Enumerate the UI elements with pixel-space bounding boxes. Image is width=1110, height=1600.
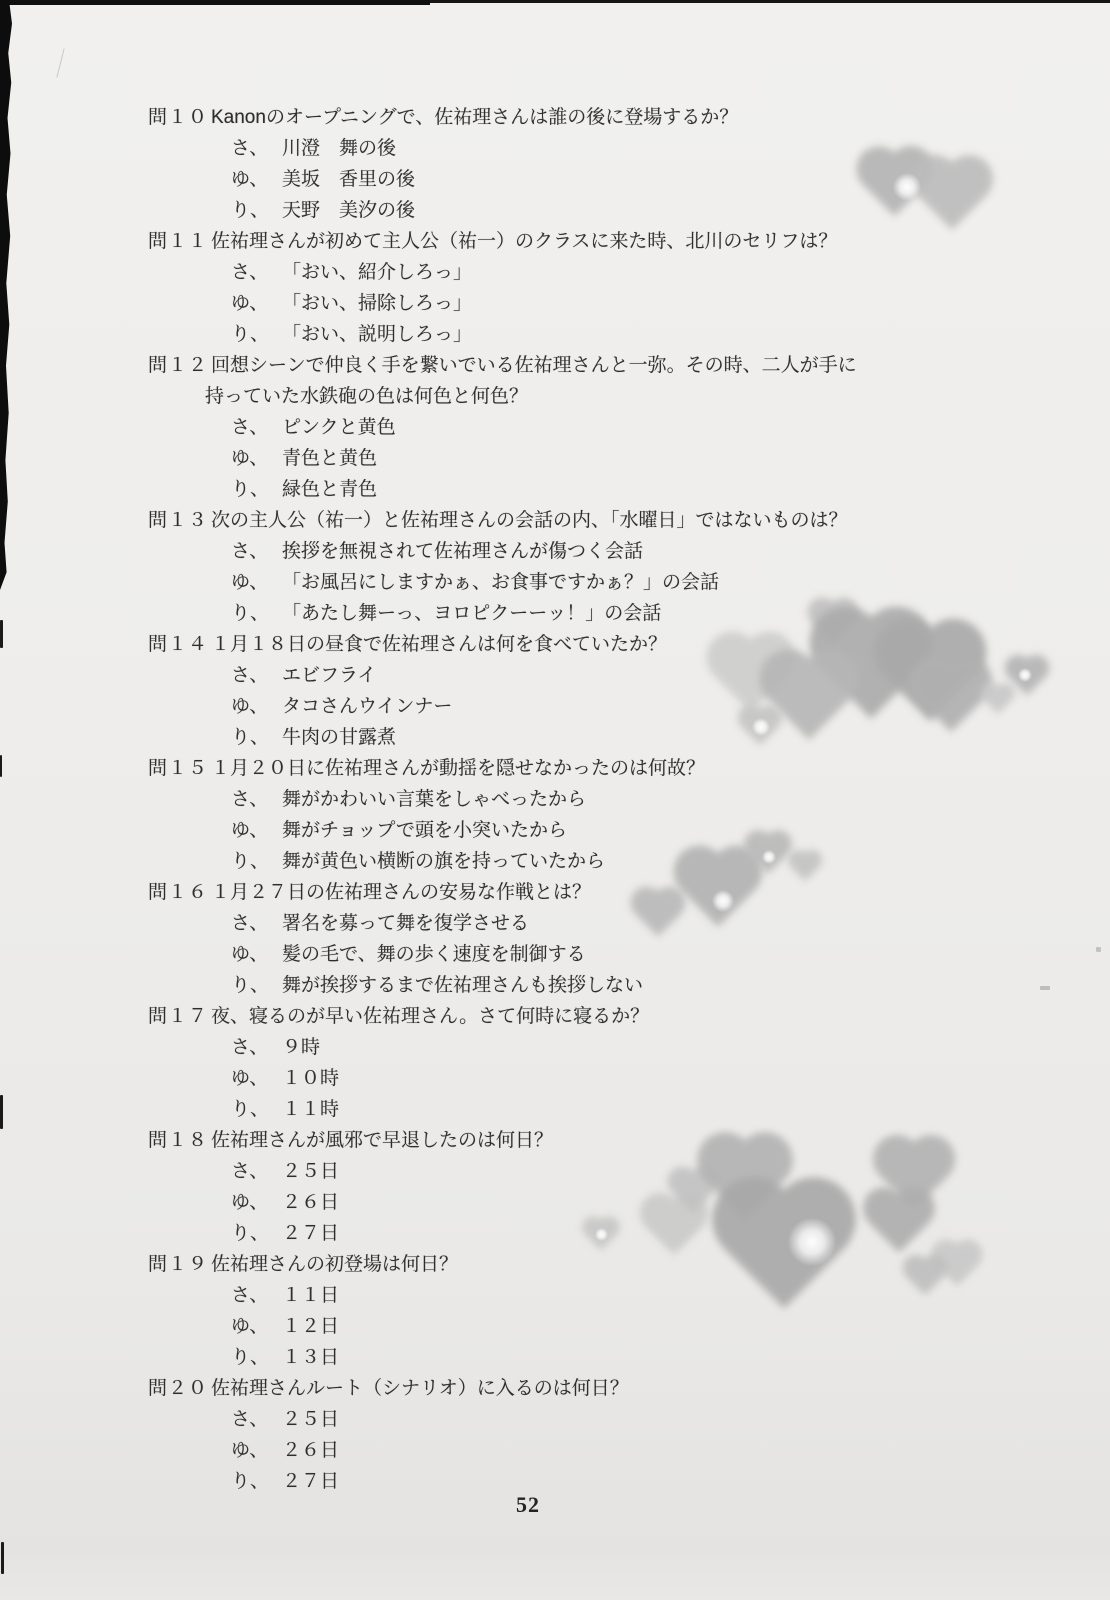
- option-letter: り、: [231, 1347, 282, 1368]
- option-text: 舞がかわいい言葉をしゃべったから: [282, 789, 586, 810]
- answer-option: さ、署名を募って舞を復学させる: [231, 913, 978, 934]
- option-text: ２６日: [282, 1440, 339, 1461]
- answer-option: さ、２５日: [231, 1161, 978, 1182]
- option-text: 「あたし舞ーっ、ヨロピクーーッ！」の会話: [282, 603, 661, 624]
- scan-speck: [1, 1542, 4, 1574]
- option-letter: ゆ、: [231, 448, 282, 469]
- option-letter: り、: [231, 324, 282, 345]
- scan-speck: [0, 755, 2, 777]
- option-letter: り、: [231, 200, 282, 221]
- option-text: ２５日: [282, 1409, 339, 1430]
- answer-option: り、舞が黄色い横断の旗を持っていたから: [231, 851, 978, 872]
- question-block-12: 問１２回想シーンで仲良く手を繋いでいる佐祐理さんと一弥。その時、二人が手に 持っ…: [148, 355, 978, 500]
- option-letter: ゆ、: [231, 169, 282, 190]
- scan-speck: [1040, 986, 1050, 990]
- option-letter: り、: [231, 727, 282, 748]
- answer-option: り、１３日: [231, 1347, 978, 1368]
- option-letter: ゆ、: [231, 1192, 282, 1213]
- question-block-16: 問１６１月２７日の佐祐理さんの安易な作戦とは？ さ、署名を募って舞を復学させる …: [148, 882, 978, 996]
- option-text: 署名を募って舞を復学させる: [282, 913, 529, 934]
- answer-option: ゆ、舞がチョップで頭を小突いたから: [231, 820, 978, 841]
- option-letter: ゆ、: [231, 696, 282, 717]
- option-text: 挨拶を無視されて佐祐理さんが傷つく会話: [282, 541, 643, 562]
- question-text: １月１８日の昼食で佐祐理さんは何を食べていたか？: [211, 634, 667, 655]
- quiz-content: 問１０Kanonのオープニングで、佐祐理さんは誰の後に登場するか？ さ、川澄 舞…: [148, 107, 978, 1502]
- option-text: ２６日: [282, 1192, 339, 1213]
- question-block-15: 問１５１月２０日に佐祐理さんが動揺を隠せなかったのは何故？ さ、舞がかわいい言葉…: [148, 758, 978, 872]
- answer-option: さ、９時: [231, 1037, 978, 1058]
- answer-option: さ、「おい、紹介しろっ」: [231, 262, 978, 283]
- question-block-18: 問１８佐祐理さんが風邪で早退したのは何日？ さ、２５日 ゆ、２６日 り、２７日: [148, 1130, 978, 1244]
- option-text: 川澄 舞の後: [282, 138, 396, 159]
- option-letter: り、: [231, 1223, 282, 1244]
- question-text: 佐祐理さんルート（シナリオ）に入るのは何日？: [211, 1378, 629, 1399]
- question-number: 問１５: [148, 758, 211, 779]
- answer-option: さ、１１日: [231, 1285, 978, 1306]
- option-text: 天野 美汐の後: [282, 200, 415, 221]
- question-number: 問１０: [148, 107, 211, 128]
- answer-option: ゆ、１０時: [231, 1068, 978, 1089]
- option-letter: さ、: [231, 1161, 282, 1182]
- question-text: １月２７日の佐祐理さんの安易な作戦とは？: [211, 882, 591, 903]
- question-text: 夜、寝るのが早い佐祐理さん。さて何時に寝るか？: [211, 1006, 649, 1027]
- answer-option: ゆ、青色と黄色: [231, 448, 978, 469]
- scan-edge-left: [0, 0, 15, 590]
- answer-option: り、緑色と青色: [231, 479, 978, 500]
- option-text: 美坂 香里の後: [282, 169, 415, 190]
- answer-option: ゆ、２６日: [231, 1192, 978, 1213]
- option-text: タコさんウインナー: [282, 696, 452, 717]
- answer-option: ゆ、１２日: [231, 1316, 978, 1337]
- option-letter: さ、: [231, 541, 282, 562]
- answer-option: ゆ、髪の毛で、舞の歩く速度を制御する: [231, 944, 978, 965]
- option-letter: さ、: [231, 1409, 282, 1430]
- answer-option: り、２７日: [231, 1471, 978, 1492]
- scan-speck: [0, 620, 3, 648]
- option-text: 舞が黄色い横断の旗を持っていたから: [282, 851, 605, 872]
- option-letter: ゆ、: [231, 820, 282, 841]
- question-text: 佐祐理さんが風邪で早退したのは何日？: [211, 1130, 553, 1151]
- option-letter: り、: [231, 1471, 282, 1492]
- option-letter: さ、: [231, 913, 282, 934]
- option-letter: り、: [231, 479, 282, 500]
- question-number: 問１９: [148, 1254, 211, 1275]
- answer-option: り、１１時: [231, 1099, 978, 1120]
- option-text: ピンクと黄色: [282, 417, 396, 438]
- answer-option: ゆ、２６日: [231, 1440, 978, 1461]
- question-number: 問１８: [148, 1130, 211, 1151]
- option-letter: さ、: [231, 262, 282, 283]
- question-text-continued: 持っていた水鉄砲の色は何色と何色？: [205, 386, 528, 407]
- option-letter: り、: [231, 975, 282, 996]
- scan-speck: [1096, 947, 1101, 952]
- option-text: 牛肉の甘露煮: [282, 727, 396, 748]
- question-text: 回想シーンで仲良く手を繋いでいる佐祐理さんと一弥。その時、二人が手に: [211, 355, 857, 376]
- option-text: １１日: [282, 1285, 339, 1306]
- question-number: 問１６: [148, 882, 211, 903]
- option-letter: ゆ、: [231, 1068, 282, 1089]
- option-letter: り、: [231, 1099, 282, 1120]
- option-text: エビフライ: [282, 665, 376, 686]
- scan-speck: [0, 1095, 3, 1129]
- question-text: 佐祐理さんが初めて主人公（祐一）のクラスに来た時、北川のセリフは？: [211, 231, 837, 252]
- answer-option: さ、川澄 舞の後: [231, 138, 978, 159]
- option-text: 「お風呂にしますかぁ、お食事ですかぁ？」の会話: [282, 572, 719, 593]
- question-block-13: 問１３次の主人公（祐一）と佐祐理さんの会話の内、「水曜日」ではないものは？ さ、…: [148, 510, 978, 624]
- option-letter: さ、: [231, 789, 282, 810]
- option-text: ９時: [282, 1037, 320, 1058]
- option-letter: さ、: [231, 1037, 282, 1058]
- option-text: ２５日: [282, 1161, 339, 1182]
- answer-option: さ、ピンクと黄色: [231, 417, 978, 438]
- option-letter: ゆ、: [231, 1440, 282, 1461]
- question-block-11: 問１１佐祐理さんが初めて主人公（祐一）のクラスに来た時、北川のセリフは？ さ、「…: [148, 231, 978, 345]
- option-letter: さ、: [231, 665, 282, 686]
- option-text: ２７日: [282, 1223, 339, 1244]
- option-letter: ゆ、: [231, 1316, 282, 1337]
- option-text: 緑色と青色: [282, 479, 377, 500]
- question-number: 問１２: [148, 355, 211, 376]
- question-block-20: 問２０佐祐理さんルート（シナリオ）に入るのは何日？ さ、２５日 ゆ、２６日 り、…: [148, 1378, 978, 1492]
- question-text: 次の主人公（祐一）と佐祐理さんの会話の内、「水曜日」ではないものは？: [211, 510, 848, 531]
- answer-option: り、牛肉の甘露煮: [231, 727, 978, 748]
- question-block-14: 問１４１月１８日の昼食で佐祐理さんは何を食べていたか？ さ、エビフライ ゆ、タコ…: [148, 634, 978, 748]
- scan-scratch: [56, 48, 64, 77]
- option-letter: り、: [231, 851, 282, 872]
- option-letter: ゆ、: [231, 944, 282, 965]
- heart-icon: [984, 686, 1012, 714]
- option-letter: ゆ、: [231, 293, 282, 314]
- question-text: １月２０日に佐祐理さんが動揺を隠せなかったのは何故？: [211, 758, 705, 779]
- answer-option: さ、舞がかわいい言葉をしゃべったから: [231, 789, 978, 810]
- option-text: １２日: [282, 1316, 339, 1337]
- option-text: 舞が挨拶するまで佐祐理さんも挨拶しない: [282, 975, 643, 996]
- option-text: ２７日: [282, 1471, 339, 1492]
- question-number: 問１３: [148, 510, 211, 531]
- option-letter: さ、: [231, 138, 282, 159]
- option-text: 舞がチョップで頭を小突いたから: [282, 820, 567, 841]
- option-text: 「おい、説明しろっ」: [282, 324, 472, 345]
- option-letter: り、: [231, 603, 282, 624]
- question-number: 問１７: [148, 1006, 211, 1027]
- answer-option: り、２７日: [231, 1223, 978, 1244]
- option-text: 青色と黄色: [282, 448, 377, 469]
- answer-option: さ、エビフライ: [231, 665, 978, 686]
- option-letter: さ、: [231, 1285, 282, 1306]
- answer-option: り、天野 美汐の後: [231, 200, 978, 221]
- option-text: １１時: [282, 1099, 339, 1120]
- scanned-page: { "page": { "number": "52" }, "decor": {…: [0, 0, 1110, 1600]
- option-text: １０時: [282, 1068, 339, 1089]
- option-letter: さ、: [231, 417, 282, 438]
- question-number: 問２０: [148, 1378, 211, 1399]
- glow-spot: [1018, 668, 1032, 682]
- page-number: 52: [498, 1492, 558, 1518]
- answer-option: さ、２５日: [231, 1409, 978, 1430]
- option-text: 「おい、掃除しろっ」: [282, 293, 472, 314]
- question-block-10: 問１０Kanonのオープニングで、佐祐理さんは誰の後に登場するか？ さ、川澄 舞…: [148, 107, 978, 221]
- answer-option: り、「あたし舞ーっ、ヨロピクーーッ！」の会話: [231, 603, 978, 624]
- answer-option: り、舞が挨拶するまで佐祐理さんも挨拶しない: [231, 975, 978, 996]
- answer-option: さ、挨拶を無視されて佐祐理さんが傷つく会話: [231, 541, 978, 562]
- option-text: １３日: [282, 1347, 339, 1368]
- question-number: 問１１: [148, 231, 211, 252]
- question-text: 佐祐理さんの初登場は何日？: [211, 1254, 458, 1275]
- question-text: Kanonのオープニングで、佐祐理さんは誰の後に登場するか？: [211, 107, 738, 128]
- option-text: 「おい、紹介しろっ」: [282, 262, 472, 283]
- question-block-19: 問１９佐祐理さんの初登場は何日？ さ、１１日 ゆ、１２日 り、１３日: [148, 1254, 978, 1368]
- answer-option: ゆ、タコさんウインナー: [231, 696, 978, 717]
- answer-option: り、「おい、説明しろっ」: [231, 324, 978, 345]
- answer-option: ゆ、美坂 香里の後: [231, 169, 978, 190]
- question-number: 問１４: [148, 634, 211, 655]
- option-text: 髪の毛で、舞の歩く速度を制御する: [282, 944, 586, 965]
- answer-option: ゆ、「おい、掃除しろっ」: [231, 293, 978, 314]
- question-block-17: 問１７夜、寝るのが早い佐祐理さん。さて何時に寝るか？ さ、９時 ゆ、１０時 り、…: [148, 1006, 978, 1120]
- scan-edge-top-left: [0, 0, 430, 5]
- option-letter: ゆ、: [231, 572, 282, 593]
- answer-option: ゆ、「お風呂にしますかぁ、お食事ですかぁ？」の会話: [231, 572, 978, 593]
